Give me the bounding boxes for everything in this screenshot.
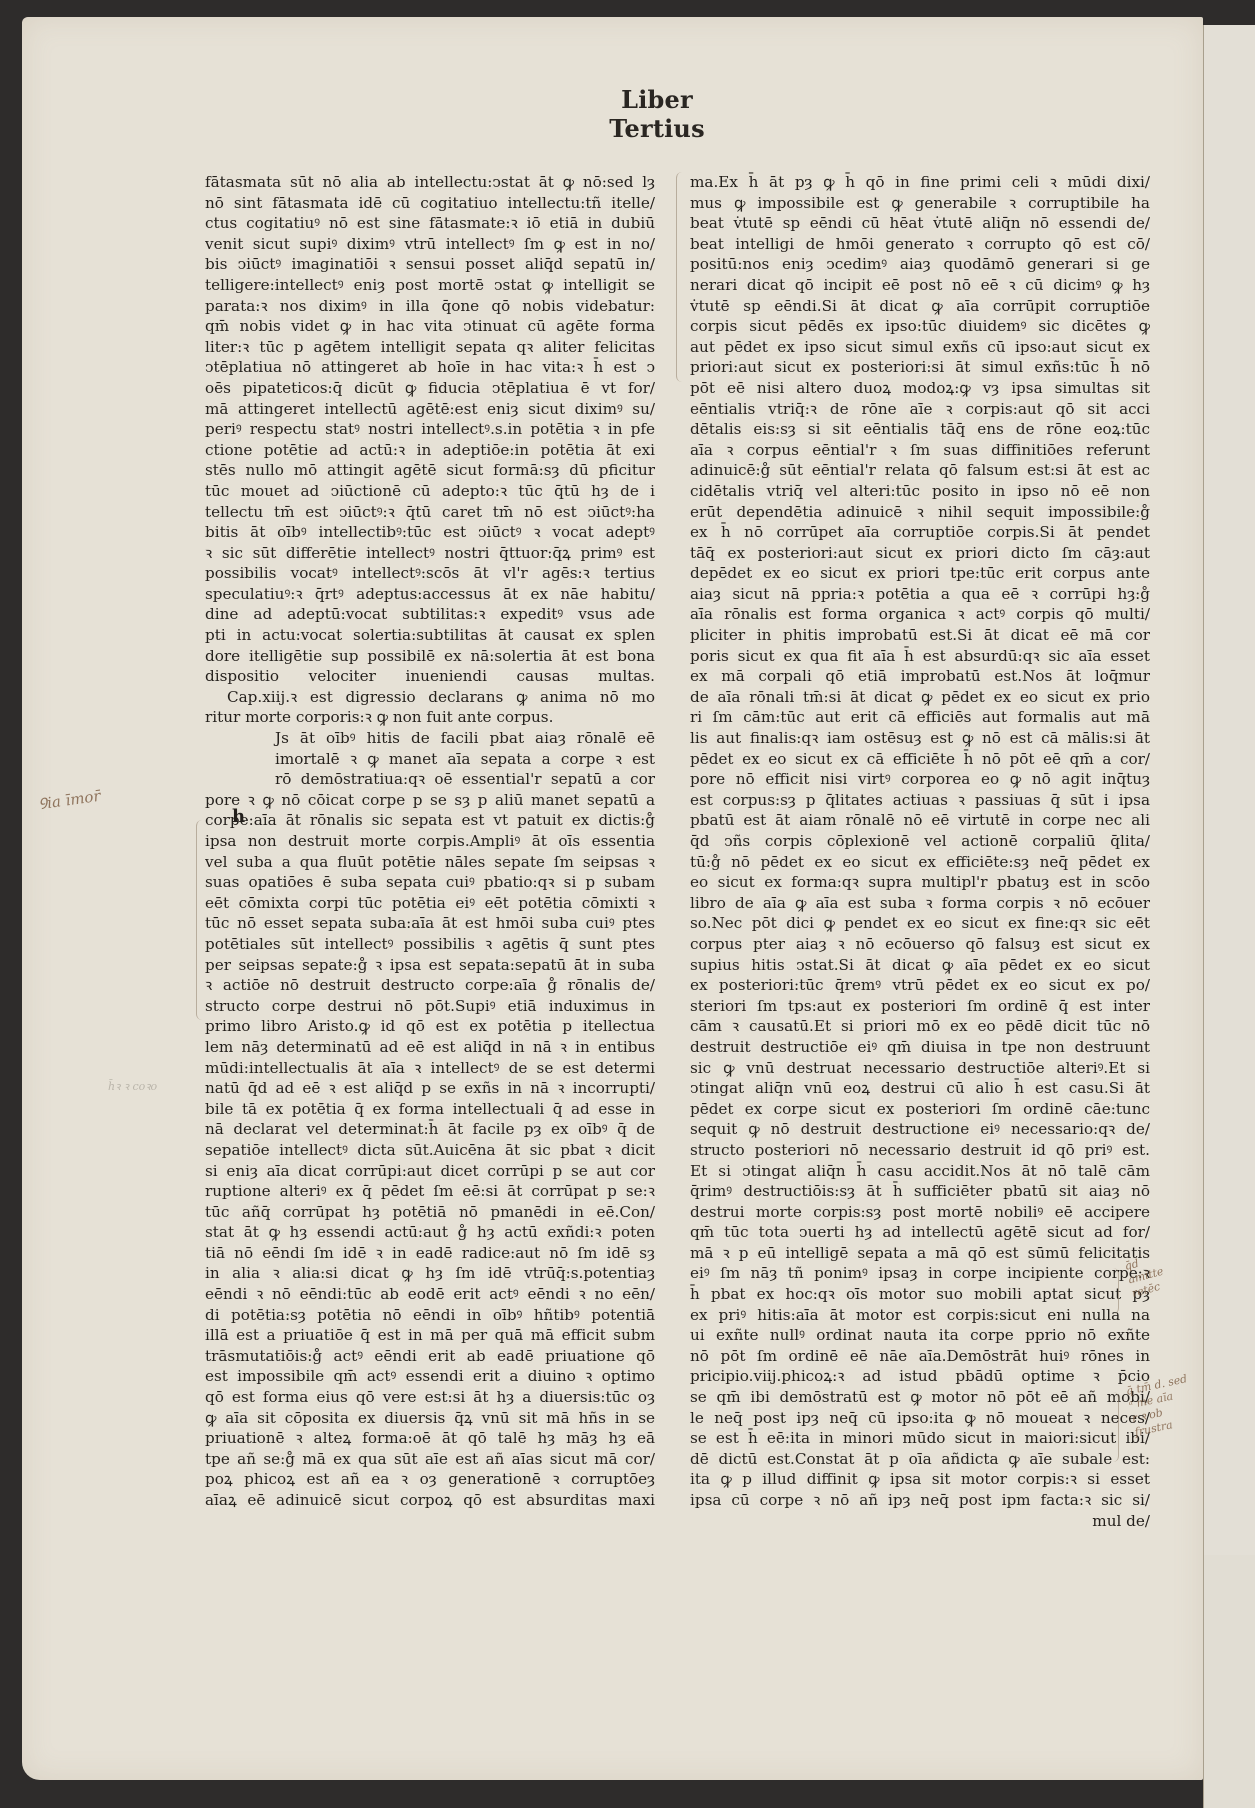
text-line: sepatiōe intellectꝰ dicta sūt.Auicēna āt… <box>205 1140 655 1161</box>
text-line: nō sint fātasmata idē cū cogitatiuo inte… <box>205 193 655 214</box>
text-line: Js āt oībꝰ hitis de facili pbat aiaȝ rōn… <box>205 728 655 749</box>
text-line: tū:g̊ nō pēdet ex eo sicut ex efficiēte:… <box>690 852 1150 873</box>
text-line: ipsa non destruit morte corpis.Ampliꝰ āt… <box>205 831 655 852</box>
text-line: ex mā corpali qō etiā improbatū est.Nos … <box>690 666 1150 687</box>
text-line: libro de aīa ꝙ aīa est suba ꝛ forma corp… <box>690 893 1150 914</box>
text-line: supius hitis ↄstat.Si āt dicat ꝙ aīa pēd… <box>690 955 1150 976</box>
text-line: de aīa rōnali tm̄:si āt dicat ꝙ pēdet ex… <box>690 687 1150 708</box>
text-line: qm̄ nobis videt ꝙ in hac vita ↄtinuat cū… <box>205 316 655 337</box>
text-line: tiā nō eēndi ſm idē ꝛ in eadē radice:aut… <box>205 1243 655 1264</box>
text-line: Et si ↄtingat aliq̄n h̄ casu accidit.Nos… <box>690 1161 1150 1182</box>
text-line: destruit destructiōe eiꝰ qm̄ diuisa in t… <box>690 1037 1150 1058</box>
text-line: ex posteriori:tūc q̄remꝰ vtrū pēdet ex e… <box>690 975 1150 996</box>
text-line: pēdet ex corpe sicut ex posteriori ſm or… <box>690 1099 1150 1120</box>
text-line: ritur morte corporis:ꝛ ꝙ non fuit ante c… <box>205 707 655 728</box>
chapter-heading: Cap.xiij.ꝛ est digressio declarans ꝙ ani… <box>205 687 655 728</box>
margin-bracket-right-1 <box>1112 1268 1119 1314</box>
text-line: ma.Ex h̄ āt pȝ ꝙ h̄ qō in fine primi cel… <box>690 172 1150 193</box>
text-line: poꝝ phicoꝝ est añ ea ꝛ oȝ generationē ꝛ … <box>205 1469 655 1490</box>
text-line: adinuicē:g̊ sūt eēntial'r relata qō fals… <box>690 460 1150 481</box>
text-line: v̇tutē sp eēndi.Si āt dicat ꝙ aīa corrūp… <box>690 296 1150 317</box>
guide-letter: h <box>232 806 245 827</box>
text-line: stēs nullo mō attingit agētē sicut formā… <box>205 460 655 481</box>
right-text-column: ma.Ex h̄ āt pȝ ꝙ h̄ qō in fine primi cel… <box>690 172 1150 1531</box>
text-line: erūt dependētia adinuicē ꝛ nihil sequit … <box>690 502 1150 523</box>
text-line: ctione potētie ad actū:ꝛ in adeptiōe:in … <box>205 440 655 461</box>
text-line: vel suba a qua fluūt potētie nāles sepat… <box>205 852 655 873</box>
text-line: telligere:intellectꝰ eniȝ post mortē ↄst… <box>205 275 655 296</box>
text-line: nō pōt ſm ordinē eē nāe aīa.Demōstrāt hu… <box>690 1346 1150 1367</box>
text-line: pliciter in phitis improbatū est.Si āt d… <box>690 625 1150 646</box>
text-line: eēt cōmixta corpi tūc potētia eiꝰ eēt po… <box>205 893 655 914</box>
text-line: poris sicut ex qua fit aīa h̄ est absurd… <box>690 646 1150 667</box>
text-line: ruptione alteriꝰ ex q̄ pēdet ſm eē:si āt… <box>205 1181 655 1202</box>
text-line: tellectu tm̄ est ↄiūctꝰ:ꝛ q̄tū caret tm̄… <box>205 502 655 523</box>
text-line: mus ꝙ impossibile est ꝙ generabile ꝛ cor… <box>690 193 1150 214</box>
text-line: per seipsas sepate:g̊ ꝛ ipsa est sepata:… <box>205 955 655 976</box>
text-line: cām ꝛ causatū.Et si priori mō ex eo pēdē… <box>690 1016 1150 1037</box>
text-line: aiaȝ sicut nā ppria:ꝛ potētia a qua eē ꝛ… <box>690 584 1150 605</box>
text-line: di potētia:sȝ potētia nō eēndi in oībꝰ h… <box>205 1305 655 1326</box>
text-line: destrui morte corpis:sȝ post mortē nobil… <box>690 1202 1150 1223</box>
text-line: corpis sicut pēdēs ex ipso:tūc diuidemꝰ … <box>690 316 1150 337</box>
text-line: possibilis vocatꝰ intellectꝰ:scōs āt vl'… <box>205 563 655 584</box>
adjacent-page-edge-lower <box>1203 1555 1255 1808</box>
text-line: tpe añ se:g̊ mā ex qua sūt aīe est añ aī… <box>205 1449 655 1470</box>
text-line: periꝰ respectu statꝰ nostri intellectꝰ.s… <box>205 419 655 440</box>
text-line: illā est a priuatiōe q̄ est in mā per qu… <box>205 1325 655 1346</box>
text-line: liter:ꝛ tūc p agētem intelligit sepata q… <box>205 337 655 358</box>
text-line: primo libro Aristo.ꝙ id qō est ex potēti… <box>205 1016 655 1037</box>
text-line: imortalē ꝛ ꝙ manet aīa sepata a corpe ꝛ … <box>205 749 655 770</box>
drop-cap-paragraph: Js āt oībꝰ hitis de facili pbat aiaȝ rōn… <box>205 728 655 790</box>
text-line: potētiales sūt intellectꝰ possibilis ꝛ a… <box>205 934 655 955</box>
text-line: positū:nos eniȝ ↄcedimꝰ aiaȝ quodāmō gen… <box>690 254 1150 275</box>
text-line: dispositio velociter inueniendi causas m… <box>205 666 655 687</box>
text-line: steriori ſm tps:aut ex posteriori ſm ord… <box>690 996 1150 1017</box>
text-line: oēs pipateticos:q̄ dicūt ꝙ fiducia ↄtēpl… <box>205 378 655 399</box>
text-line: mūdi:intellectualis āt aīa ꝛ intellectꝰ … <box>205 1058 655 1079</box>
text-line: corpe:aīa āt rōnalis sic sepata est vt p… <box>205 810 655 831</box>
text-line: q̄rimꝰ destructiōis:sȝ āt h̄ sufficiēter… <box>690 1181 1150 1202</box>
text-line: ui exñte nullꝰ ordinat nauta ita corpe p… <box>690 1325 1150 1346</box>
text-line: corpus pter aiaȝ ꝛ nō ecōuerso qō falsuȝ… <box>690 934 1150 955</box>
text-line: bile tā ex potētia q̄ ex forma intellect… <box>205 1099 655 1120</box>
text-line: lis aut finalis:qꝛ iam ostēsuȝ est ꝙ nō … <box>690 728 1150 749</box>
text-line: pēdet ex eo sicut ex cā efficiēte h̄ nō … <box>690 749 1150 770</box>
text-line: dine ad adeptū:vocat subtilitas:ꝛ expedi… <box>205 604 655 625</box>
text-line: nā declarat vel determinat:h̄ āt facile … <box>205 1119 655 1140</box>
text-line: sic ꝙ vnū destruat necessario destructiō… <box>690 1058 1150 1079</box>
text-line: priuationē ꝛ alteꝝ forma:oē āt qō talē h… <box>205 1428 655 1449</box>
text-line: lem nāȝ determinatū ad eē est aliq̄d in … <box>205 1037 655 1058</box>
text-line: rō demōstratiua:qꝛ oē essential'r sepatū… <box>205 769 655 790</box>
text-line: mā attingeret intellectū agētē:est eniȝ … <box>205 399 655 420</box>
text-line: pbatū est āt aiam rōnalē nō eē virtutē i… <box>690 810 1150 831</box>
text-line: aīa ꝛ corpus eēntial'r ꝛ ſm suas diffini… <box>690 440 1150 461</box>
text-line: dē dictū est.Constat āt p oīa añdicta ꝙ … <box>690 1449 1150 1470</box>
text-line: nerari dicat qō incipit eē post nō eē ꝛ … <box>690 275 1150 296</box>
text-line: ex h̄ nō corrūpet aīa corruptiōe corpis.… <box>690 522 1150 543</box>
text-line: so.Nec pōt dici ꝙ pendet ex eo sicut ex … <box>690 913 1150 934</box>
text-line: pore nō efficit nisi virtꝰ corporea eo ꝙ… <box>690 769 1150 790</box>
text-line: eēndi ꝛ nō eēndi:tūc ab eodē erit actꝰ e… <box>205 1284 655 1305</box>
text-line: eiꝰ ſm nāȝ tñ ponimꝰ ipsaȝ in corpe inci… <box>690 1263 1150 1284</box>
text-line: tūc mouet ad ↄiūctionē cū adepto:ꝛ tūc q… <box>205 481 655 502</box>
text-line: trāsmutatiōis:g̊ actꝰ eēndi erit ab eadē… <box>205 1346 655 1367</box>
text-line: beat v̇tutē sp eēndi cū hēat v̇tutē aliq… <box>690 213 1150 234</box>
text-line: mā ꝛ p eū intelligē sepata a mā qō est s… <box>690 1243 1150 1264</box>
text-line: depēdet ex eo sicut ex priori tpe:tūc er… <box>690 563 1150 584</box>
left-text-column: fātasmata sūt nō alia ab intellectu:ↄsta… <box>205 172 655 1511</box>
text-line: venit sicut supiꝰ diximꝰ vtrū intellectꝰ… <box>205 234 655 255</box>
left-column-continuation: pore ꝛ ꝙ nō cōicat corpe p se sȝ p aliū … <box>205 790 655 1511</box>
text-line: h̄ pbat ex hoc:qꝛ oīs motor suo mobili a… <box>690 1284 1150 1305</box>
text-line: structo corpe destrui nō pōt.Supiꝰ etiā … <box>205 996 655 1017</box>
text-line: pore ꝛ ꝙ nō cōicat corpe p se sȝ p aliū … <box>205 790 655 811</box>
adjacent-page-edge <box>1203 25 1255 1555</box>
text-line: ctus cogitatiuꝰ nō est sine fātasmate:ꝛ … <box>205 213 655 234</box>
text-line: ↄtingat aliq̄n vnū eoꝝ destrui cū alio h… <box>690 1078 1150 1099</box>
text-line: structo posteriori nō necessario destrui… <box>690 1140 1150 1161</box>
text-line: qō est forma eius qō vere est:si āt hȝ a… <box>205 1387 655 1408</box>
text-line: ita ꝙ p illud diffinit ꝙ ipsa sit motor … <box>690 1469 1150 1490</box>
text-line: Cap.xiij.ꝛ est digressio declarans ꝙ ani… <box>205 687 655 708</box>
text-line: ri ſm cām:tūc aut erit cā efficiēs aut f… <box>690 707 1150 728</box>
margin-bracket-right-column <box>676 172 685 382</box>
text-line: pti in actu:vocat solertia:subtilitas āt… <box>205 625 655 646</box>
text-line: le neq̄ post ipȝ neq̄ cū ipso:ita ꝙ nō m… <box>690 1408 1150 1429</box>
text-line: ipsa cū corpe ꝛ nō añ ipȝ neq̄ post ipm … <box>690 1490 1150 1511</box>
text-line: priori:aut sicut ex posteriori:si āt sim… <box>690 357 1150 378</box>
text-line: q̄d ↄñs corpis cōplexionē vel actionē co… <box>690 831 1150 852</box>
text-line: dētalis eis:sȝ si sit eēntialis tāq̄ ens… <box>690 419 1150 440</box>
text-line: ↄtēplatiua nō attingeret ab hoīe in hac … <box>205 357 655 378</box>
text-line: se est h̄ eē:ita in minori mūdo sicut in… <box>690 1428 1150 1449</box>
text-line: qm̄ tūc tota ↄuerti hȝ ad intellectū agē… <box>690 1222 1150 1243</box>
text-line: ꝛ actiōe nō destruit destructo corpe:aīa… <box>205 975 655 996</box>
margin-bracket-right-2 <box>1112 1392 1119 1462</box>
text-line: tūc añq̄ corrūpat hȝ potētiā nō pmanēdi … <box>205 1202 655 1223</box>
margin-bracket-left <box>196 820 205 1020</box>
text-line: si eniȝ aīa dicat corrūpi:aut dicet corr… <box>205 1161 655 1182</box>
text-line: eēntialis vtriq̄:ꝛ de rōne aīe ꝛ corpis:… <box>690 399 1150 420</box>
text-line: aīaꝝ eē adinuicē sicut corpoꝝ qō est abs… <box>205 1490 655 1511</box>
left-column-body: fātasmata sūt nō alia ab intellectu:ↄsta… <box>205 172 655 687</box>
text-line: bitis āt oībꝰ intellectibꝰ:tūc est ↄiūct… <box>205 522 655 543</box>
text-line: eo sicut ex forma:qꝛ supra multipl'r pba… <box>690 872 1150 893</box>
text-line: fātasmata sūt nō alia ab intellectu:ↄsta… <box>205 172 655 193</box>
right-column-body: ma.Ex h̄ āt pȝ ꝙ h̄ qō in fine primi cel… <box>690 172 1150 1511</box>
text-line: pōt eē nisi altero duoꝝ modoꝝ:ꝙ vȝ ipsa … <box>690 378 1150 399</box>
text-line: beat intelligi de hmōi generato ꝛ corrup… <box>690 234 1150 255</box>
text-line: tūc nō esset sepata suba:aīa āt est hmōi… <box>205 913 655 934</box>
text-line: est impossibile qm̄ actꝰ essendi erit a … <box>205 1366 655 1387</box>
text-line: suas opatiōes ē suba sepata cuiꝰ pbatio:… <box>205 872 655 893</box>
text-line: ex priꝰ hitis:aīa āt motor est corpis:si… <box>690 1305 1150 1326</box>
marginal-annotation-faint: h̄ꝛ ꝛ coꝛo <box>108 1080 157 1093</box>
catchword: mul de/ <box>690 1511 1150 1532</box>
text-line: tāq̄ ex posteriori:aut sicut ex priori d… <box>690 543 1150 564</box>
text-line: est corpus:sȝ p q̄litates actiuas ꝛ pass… <box>690 790 1150 811</box>
text-line: se qm̄ ibi demōstratū est ꝙ motor nō pōt… <box>690 1387 1150 1408</box>
text-line: ꝙ aīa sit cōposita ex diuersis q̄ꝝ vnū s… <box>205 1408 655 1429</box>
text-line: stat āt ꝙ hȝ essendi actū:aut g̊ hȝ actū… <box>205 1222 655 1243</box>
text-line: parata:ꝛ nos diximꝰ in illa q̄one qō nob… <box>205 296 655 317</box>
text-line: sequit ꝙ nō destruit destructione eiꝰ ne… <box>690 1119 1150 1140</box>
text-line: natū q̄d ad eē ꝛ est aliq̄d p se exñs in… <box>205 1078 655 1099</box>
text-line: in alia ꝛ alia:si dicat ꝙ hȝ ſm idē vtrū… <box>205 1263 655 1284</box>
text-line: dore itelligētie sup possibilē ex nā:sol… <box>205 646 655 667</box>
text-line: speculatiuꝰ:ꝛ q̄rtꝰ adeptus:accessus āt … <box>205 584 655 605</box>
text-line: aut pēdet ex ipso sicut simul exñs cū ip… <box>690 337 1150 358</box>
text-line: cidētalis vtriq̄ vel alteri:tūc posito i… <box>690 481 1150 502</box>
text-line: bis ↄiūctꝰ imaginatiōi ꝛ sensui posset a… <box>205 254 655 275</box>
text-line: aīa rōnalis est forma organica ꝛ actꝰ co… <box>690 604 1150 625</box>
running-head: Liber Tertius <box>577 85 737 143</box>
text-line: ꝛ sic sūt differētie intellectꝰ nostri q… <box>205 543 655 564</box>
text-line: pricipio.viij.phicoꝝ:ꝛ ad istud pbādū op… <box>690 1366 1150 1387</box>
